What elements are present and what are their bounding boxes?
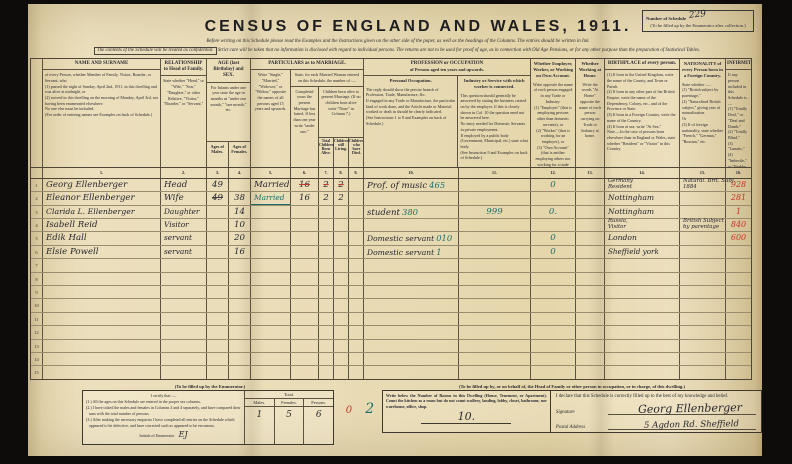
marriage-group-body: State, for each Married Woman entered on… [291,70,363,86]
relationship-entry: servant [161,246,207,258]
rooms-count: 10. [421,410,511,424]
initials-label: Initials of Enumerator [139,433,174,438]
table-row: 3 Clarida L. Ellenberger Daughter 14 stu… [31,206,751,219]
col-8: 8. [334,168,349,178]
certification-text: I certify that :— (1.) All the ages on t… [83,391,245,444]
teal-mark: 2 [365,401,374,417]
employer-title: Whether Employer, Worker, or Working on … [531,59,575,80]
employer-column-header: Whether Employer, Worker, or Working on … [531,59,576,167]
infirmity-column-header: INFIRMITY. If any person included in thi… [726,59,751,167]
col-6: 6. [291,168,319,178]
profession-subtitle: of Persons aged ten years and upwards. [364,67,530,76]
enumerator-heading: (To be filled up by the Enumerator.) [82,384,338,389]
nationality-entry: British Subjectby parentage [680,219,726,231]
table-header: NAME AND SURNAME of every Person, whethe… [31,59,751,168]
declaration: I declare that this Schedule is correctl… [551,391,761,432]
table-row: 7 [31,259,751,272]
children-living-entry: 2 [334,179,349,191]
enumerator-code: 600 [726,232,751,244]
employer-entry: 0. [531,206,576,218]
row-number-column-header [31,59,43,167]
age-body: For Infants under one year state the age… [207,83,250,141]
postal-address-value: 5 Agdon Rd. Sheffield [644,419,739,431]
col-15: 15. [680,168,726,178]
declaration-text: I declare that this Schedule is correctl… [556,393,756,400]
children-born-label: Total Children Born Alive. [319,137,334,167]
table-row: 2 Eleanor Ellenberger Wife 49 38 Married… [31,192,751,205]
age-female-entry: 20 [229,232,251,244]
table-row: 15 [31,366,751,378]
females-total: 5 [275,407,305,444]
table-row: 9 [31,286,751,299]
red-mark: 0 [346,405,352,416]
relationship-entry: Wife [161,192,207,204]
form-title: CENSUS OF ENGLAND AND WALES, 1911. [178,18,658,36]
persons-label: Persons. [304,399,333,406]
marriage-entry: Married [251,179,291,191]
children-living-entry: 2 [334,192,349,204]
industry-body: This question should generally be answer… [458,91,530,167]
children-subcolumns: Total Children Born Alive. Children stil… [319,137,363,167]
col-10: 10. [364,168,459,178]
head-of-family-section: (To be filled up by, or on behalf of, th… [382,384,762,433]
table-body: 1 Georg Ellenberger Head 49 Married 16 2… [31,179,751,379]
footer-section: (To be filled up by the Enumerator.) I c… [56,384,762,445]
relationship-entry: Visitor [161,219,207,231]
census-table: NAME AND SURNAME of every Person, whethe… [30,58,752,380]
nationality-column-header: NATIONALITY of every Person born in a Fo… [680,59,726,167]
col-5: 5. [251,168,291,178]
age-female-entry: 14 [229,206,251,218]
occupation-entry: Domestic servant010 [364,232,459,244]
profession-title: PROFESSION or OCCUPATION [364,59,530,67]
marriage-children-body: Children born alive to present Marriage.… [319,87,363,137]
table-row: 14 [31,353,751,366]
relationship-entry: servant [161,232,207,244]
enumerator-initials: EJ [179,430,188,439]
enumerator-code: 928 [726,179,751,191]
paper: Number of Schedule 229 (To be filled up … [28,4,762,456]
birthplace-entry: Russia,Visitor [605,219,680,231]
name-body: of every Person, whether Member of Famil… [43,70,160,167]
birthplace-entry: London [605,232,680,244]
males-label: Males. [245,399,275,406]
col-12: 12. [531,168,576,178]
females-label: Females. [275,399,305,406]
birthplace-entry: Sheffield york [605,246,680,258]
table-row: 1 Georg Ellenberger Head 49 Married 16 2… [31,179,751,192]
table-row: 12 [31,326,751,339]
head-of-family-heading: (To be filled up by, or on behalf of, th… [382,384,762,389]
age-column-header: AGE (last Birthday) and SEX. For Infants… [207,59,251,167]
name-entry: Edik Hall [43,232,161,244]
col-9: 9. [349,168,364,178]
signature-value: Georg Ellenberger [638,401,742,416]
relationship-body: State whether "Head," or "Wife," "Son," … [161,76,206,167]
table-row: 5 Edik Hall servant 20 Domestic servant0… [31,232,751,245]
working-at-home-column-header: Whether Working at Home. Write the words… [576,59,605,167]
birthplace-entry: GermanyResident [605,179,680,191]
name-title: NAME AND SURNAME [43,59,160,70]
confidential-line: The contents of the Schedule will be tre… [42,47,752,55]
children-born-entry: 2 [319,192,334,204]
birthplace-body: (1) If born in the United Kingdom, write… [605,70,679,167]
col-2: 2. [161,168,207,178]
confidential-continuation: Strict care will be taken that no inform… [218,48,700,53]
enumerator-certification-box: I certify that :— (1.) All the ages on t… [82,390,334,445]
age-female-entry: 10 [229,219,251,231]
age-females-label: Ages of Females. [229,141,250,167]
personal-occupation-body: The reply should show the precise branch… [364,85,457,167]
children-living-label: Children still Living. [334,137,349,167]
persons-total: 6 [304,407,333,444]
years-married-entry: 16 [291,179,319,191]
enumerator-code: 281 [726,192,751,204]
birthplace-entry: Nottingham [605,192,680,204]
occupation-code: 380 [402,207,418,217]
children-died-label: Children who have Died. [349,137,363,167]
instruction-line: Before writing on this Schedule please r… [98,38,698,45]
relationship-entry: Daughter [161,206,207,218]
scanned-census-schedule: Number of Schedule 229 (To be filled up … [0,0,792,464]
males-total: 1 [245,407,275,444]
marriage-column-header: PARTICULARS as to MARRIAGE. Write "Singl… [251,59,364,167]
enumerator-section: (To be filled up by the Enumerator.) I c… [82,384,338,445]
profession-column-header: PROFESSION or OCCUPATION of Persons aged… [364,59,531,167]
name-column-header: NAME AND SURNAME of every Person, whethe… [43,59,161,167]
working-at-home-title: Whether Working at Home. [576,59,604,80]
infirmity-title: INFIRMITY. [726,59,751,70]
occupation-entry: student380 [364,206,459,218]
age-subcolumns: Ages of Males. Ages of Females. [207,141,250,167]
relationship-column-header: RELATIONSHIP to Head of Family. State wh… [161,59,207,167]
col-13: 13. [576,168,605,178]
marriage-years-body: Completed years the present Marriage has… [291,87,318,167]
industry-entry: 999 [459,206,531,218]
table-row: 10 [31,299,751,312]
occupation-code: 010 [436,233,452,243]
employer-entry: 0 [531,246,576,258]
schedule-number-box: Number of Schedule 229 (To be filled up … [642,10,754,32]
totals-header: Total. [245,391,333,399]
confidential-note: The contents of the Schedule will be tre… [94,47,217,55]
col-7: 7. [319,168,334,178]
nationality-title: NATIONALITY of every Person born in a Fo… [680,59,725,80]
rooms-box: Write below the Number of Rooms in this … [383,391,551,432]
schedule-number-label: Number of Schedule [646,16,686,22]
name-entry: Isabell Reid [43,219,161,231]
col-1: 1. [43,168,161,178]
marriage-title: PARTICULARS as to MARRIAGE. [251,59,363,70]
col-14: 14. [605,168,680,178]
declaration-box: Write below the Number of Rooms in this … [382,390,762,433]
marriage-entry: Married [251,192,291,204]
enumerator-marks: 0 2 [338,384,382,417]
years-married-entry: 16 [291,192,319,204]
age-male-entry: 49 [207,192,229,204]
occupation-entry: Prof. of music465 [364,179,459,191]
marriage-single-body: Write "Single," "Married," "Widower," or… [251,70,290,167]
relationship-title: RELATIONSHIP to Head of Family. [161,59,206,77]
employer-entry: 0 [531,179,576,191]
occupation-entry: Domestic servant1 [364,246,459,258]
working-at-home-body: Write the words "At Home" opposite the n… [576,80,604,167]
table-row: 11 [31,313,751,326]
totals-table: Total. Males. Females. Persons. 1 5 6 [245,391,333,444]
occupation-code: 465 [429,180,445,190]
industry-title: Industry or Service with which worker is… [458,76,530,91]
table-row: 13 [31,340,751,353]
table-row: 6 Elsie Powell servant 16 Domestic serva… [31,246,751,259]
nationality-entry: Natural. Brit. Subj.1884 [680,179,726,191]
age-title: AGE (last Birthday) and SEX. [207,59,250,83]
enumerator-code: 840 [726,219,751,231]
rooms-instruction: Write below the Number of Rooms in this … [386,393,547,410]
age-female-entry: 38 [229,192,251,204]
age-males-label: Ages of Males. [207,141,229,167]
table-row: 4 Isabell Reid Visitor 10 Russia,Visitor [31,219,751,232]
col-4: 4. [229,168,251,178]
column-numbers-row: 1. 2. 3. 4. 5. 6. 7. 8. 9. 10. 11. 12. 1… [31,168,751,179]
birthplace-entry: Nottingham [605,206,680,218]
col-3: 3. [207,168,229,178]
col-16: 16. [726,168,751,178]
personal-occupation-title: Personal Occupation. [364,76,457,85]
table-row: 8 [31,273,751,286]
age-female-entry: 16 [229,246,251,258]
relationship-entry: Head [161,179,207,191]
enumerator-code: 1 [726,206,751,218]
schedule-number-note: (To be filled up by the Enumerator after… [646,23,750,29]
signature-label: Signature [556,410,608,415]
name-entry: Georg Ellenberger [43,179,161,191]
schedule-number-value: 229 [688,9,706,22]
birthplace-column-header: BIRTHPLACE of every person. (1) If born … [605,59,680,167]
employer-body: Write opposite the name of each person e… [531,80,575,167]
children-born-entry: 2 [319,179,334,191]
name-entry: Clarida L. Ellenberger [43,206,161,218]
nationality-body: State whether :— (1) "British subject by… [680,80,725,167]
infirmity-body: If any person included in this Schedule … [726,70,751,167]
age-male-entry: 49 [207,179,229,191]
col-11: 11. [459,168,531,178]
name-entry: Eleanor Ellenberger [43,192,161,204]
name-entry: Elsie Powell [43,246,161,258]
employer-entry: 0 [531,232,576,244]
occupation-code: 1 [436,247,441,257]
postal-address-label: Postal Address [556,425,608,430]
birthplace-title: BIRTHPLACE of every person. [605,59,679,70]
